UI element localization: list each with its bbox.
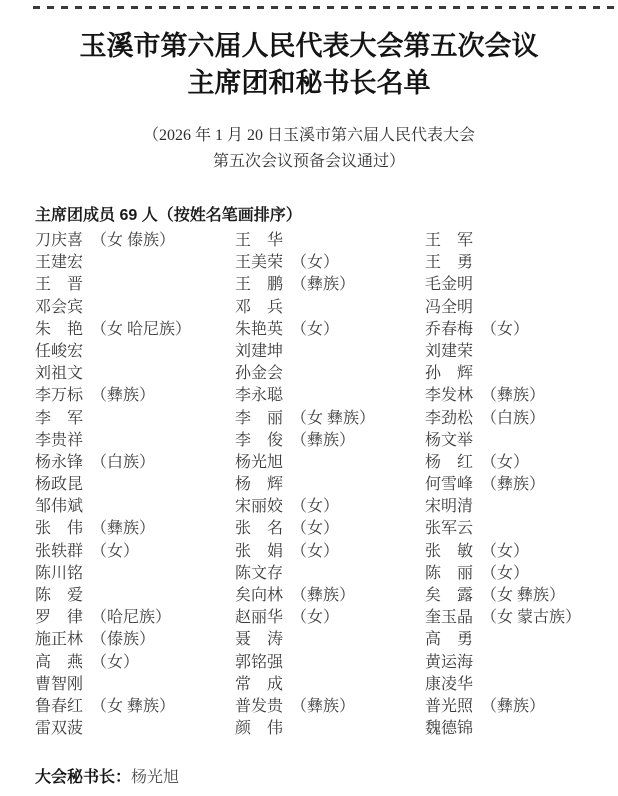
member-name: 刀庆喜 [35,230,83,252]
member-note: （彝族） [291,587,355,604]
member-entry: 宋丽姣（女） [235,496,425,518]
member-name: 张轶群 [35,541,83,563]
member-note: （白族） [91,454,155,471]
member-entry: 黄运海 [425,652,618,674]
member-entry: 李永聪 [235,385,425,407]
member-name: 刘建坤 [235,341,283,363]
member-entry: 李万标（彝族） [35,385,235,407]
member-entry: 罗 律（哈尼族） [35,607,235,629]
member-entry: 康凌华 [425,674,618,696]
member-entry: 矣 露（女 彝族） [425,585,618,607]
member-name: 郭铭强 [235,652,283,674]
member-entry: 刘祖文 [35,363,235,385]
members-column-2: 王 华王美荣（女）王 鹏（彝族）邓 兵朱艳英（女）刘建坤孙金会李永聪李 丽（女 … [235,230,425,740]
member-name: 高 勇 [425,629,473,651]
member-entry: 张 敏（女） [425,541,618,563]
member-name: 王 晋 [35,274,83,296]
member-note: （女 彝族） [291,410,375,427]
member-name: 李 丽 [235,408,283,430]
member-entry: 普发贵（彝族） [235,696,425,718]
page-top-dashed-rule [33,6,618,9]
member-entry: 施正林（傣族） [35,629,235,651]
member-note: （彝族） [481,476,545,493]
member-note: （女） [91,654,139,671]
member-name: 李 军 [35,408,83,430]
member-name: 雷双菠 [35,718,83,740]
member-entry: 何雪峰（彝族） [425,474,618,496]
member-note: （女） [291,498,339,515]
member-name: 曹智刚 [35,674,83,696]
member-name: 王 军 [425,230,473,252]
member-entry: 王 华 [235,230,425,252]
member-entry: 孙金会 [235,363,425,385]
member-name: 魏德锦 [425,718,473,740]
member-entry: 李 丽（女 彝族） [235,408,425,430]
member-name: 陈 爱 [35,585,83,607]
member-note: （女 蒙古族） [481,609,581,626]
members-list: 刀庆喜（女 傣族）王建宏王 晋邓会宾朱 艳（女 哈尼族）任峻宏刘祖文李万标（彝族… [0,230,618,740]
member-name: 王 鹏 [235,274,283,296]
member-entry: 高 燕（女） [35,652,235,674]
member-name: 王 勇 [425,252,473,274]
member-entry: 朱艳英（女） [235,319,425,341]
member-entry: 赵丽华（女） [235,607,425,629]
member-name: 邹伟斌 [35,496,83,518]
member-entry: 矣向林（彝族） [235,585,425,607]
member-name: 杨光旭 [235,452,283,474]
member-note: （哈尼族） [91,609,171,626]
member-name: 李发林 [425,385,473,407]
member-name: 普发贵 [235,696,283,718]
secretary-general-line: 大会秘书长：杨光旭 [35,767,618,789]
member-name: 刘祖文 [35,363,83,385]
member-entry: 陈 爱 [35,585,235,607]
member-name: 朱 艳 [35,319,83,341]
member-entry: 奎玉晶（女 蒙古族） [425,607,618,629]
member-entry: 杨永锋（白族） [35,452,235,474]
member-entry: 颜 伟 [235,718,425,740]
member-entry: 鲁春红（女 彝族） [35,696,235,718]
member-entry: 朱 艳（女 哈尼族） [35,319,235,341]
member-entry: 郭铭强 [235,652,425,674]
member-entry: 陈 丽（女） [425,563,618,585]
member-name: 孙金会 [235,363,283,385]
member-name: 王 华 [235,230,283,252]
member-entry: 陈文存 [235,563,425,585]
member-note: （女） [291,321,339,338]
member-note: （女） [291,609,339,626]
member-entry: 杨光旭 [235,452,425,474]
member-name: 陈川铭 [35,563,83,585]
member-name: 刘建荣 [425,341,473,363]
member-name: 李劲松 [425,408,473,430]
member-note: （女 哈尼族） [91,321,191,338]
member-name: 张 娟 [235,541,283,563]
member-entry: 邓 兵 [235,297,425,319]
member-name: 杨文举 [425,430,473,452]
member-entry: 张 伟（彝族） [35,518,235,540]
member-name: 聂 涛 [235,629,283,651]
member-name: 李贵祥 [35,430,83,452]
member-name: 张军云 [425,518,473,540]
member-note: （女 彝族） [91,698,175,715]
secretary-general-name: 杨光旭 [131,769,179,786]
member-entry: 任峻宏 [35,341,235,363]
member-note: （彝族） [91,387,155,404]
member-name: 邓会宾 [35,297,83,319]
member-name: 罗 律 [35,607,83,629]
member-entry: 陈川铭 [35,563,235,585]
member-note: （彝族） [481,698,545,715]
members-column-1: 刀庆喜（女 傣族）王建宏王 晋邓会宾朱 艳（女 哈尼族）任峻宏刘祖文李万标（彝族… [35,230,235,740]
member-entry: 刘建荣 [425,341,618,363]
member-note: （女） [91,543,139,560]
member-name: 邓 兵 [235,297,283,319]
member-note: （彝族） [91,520,155,537]
member-entry: 雷双菠 [35,718,235,740]
member-name: 矣 露 [425,585,473,607]
member-entry: 曹智刚 [35,674,235,696]
member-entry: 魏德锦 [425,718,618,740]
member-entry: 王美荣（女） [235,252,425,274]
title-line-2: 主席团和秘书长名单 [188,68,431,98]
member-name: 李万标 [35,385,83,407]
member-name: 朱艳英 [235,319,283,341]
document-page: 玉溪市第六届人民代表大会第五次会议 主席团和秘书长名单 （2026 年 1 月 … [0,6,618,796]
member-note: （女） [291,543,339,560]
member-note: （女） [481,321,529,338]
member-name: 高 燕 [35,652,83,674]
member-name: 陈文存 [235,563,283,585]
member-note: （彝族） [291,276,355,293]
member-name: 杨永锋 [35,452,83,474]
member-entry: 冯全明 [425,297,618,319]
member-entry: 李发林（彝族） [425,385,618,407]
member-name: 康凌华 [425,674,473,696]
members-column-3: 王 军王 勇毛金明冯全明乔春梅（女）刘建荣孙 辉李发林（彝族）李劲松（白族）杨文… [425,230,618,740]
member-entry: 杨政昆 [35,474,235,496]
member-name: 任峻宏 [35,341,83,363]
member-note: （白族） [481,410,545,427]
member-name: 普光照 [425,696,473,718]
document-subtitle: （2026 年 1 月 20 日玉溪市第六届人民代表大会 第五次会议预备会议通过… [0,123,618,175]
member-name: 何雪峰 [425,474,473,496]
member-entry: 张轶群（女） [35,541,235,563]
member-entry: 毛金明 [425,274,618,296]
member-entry: 王建宏 [35,252,235,274]
member-name: 颜 伟 [235,718,283,740]
member-name: 矣向林 [235,585,283,607]
member-entry: 常 成 [235,674,425,696]
member-entry: 王 鹏（彝族） [235,274,425,296]
members-section-header: 主席团成员 69 人（按姓名笔画排序） [35,202,618,225]
member-entry: 杨 红（女） [425,452,618,474]
member-name: 杨 辉 [235,474,283,496]
member-name: 张 敏 [425,541,473,563]
member-note: （女） [291,254,339,271]
member-note: （女） [481,565,529,582]
member-entry: 王 军 [425,230,618,252]
member-note: （女） [481,543,529,560]
member-note: （彝族） [481,387,545,404]
member-name: 宋明清 [425,496,473,518]
member-name: 宋丽姣 [235,496,283,518]
member-name: 杨政昆 [35,474,83,496]
member-entry: 杨文举 [425,430,618,452]
member-entry: 张军云 [425,518,618,540]
member-entry: 邹伟斌 [35,496,235,518]
member-name: 王美荣 [235,252,283,274]
member-name: 张 名 [235,518,283,540]
member-entry: 张 名（女） [235,518,425,540]
member-entry: 乔春梅（女） [425,319,618,341]
member-note: （女 傣族） [91,232,175,249]
member-name: 赵丽华 [235,607,283,629]
member-entry: 孙 辉 [425,363,618,385]
member-entry: 王 勇 [425,252,618,274]
member-name: 乔春梅 [425,319,473,341]
member-entry: 李 俊（彝族） [235,430,425,452]
member-note: （彝族） [291,698,355,715]
member-entry: 李劲松（白族） [425,408,618,430]
member-name: 毛金明 [425,274,473,296]
title-line-1: 玉溪市第六届人民代表大会第五次会议 [80,31,539,61]
member-entry: 邓会宾 [35,297,235,319]
member-entry: 王 晋 [35,274,235,296]
member-entry: 李 军 [35,408,235,430]
member-name: 张 伟 [35,518,83,540]
member-note: （女 彝族） [481,587,565,604]
member-note: （彝族） [291,432,355,449]
member-entry: 李贵祥 [35,430,235,452]
member-note: （女） [291,520,339,537]
member-entry: 普光照（彝族） [425,696,618,718]
member-name: 李永聪 [235,385,283,407]
member-name: 常 成 [235,674,283,696]
member-entry: 高 勇 [425,629,618,651]
member-name: 李 俊 [235,430,283,452]
member-name: 施正林 [35,629,83,651]
member-name: 黄运海 [425,652,473,674]
member-name: 王建宏 [35,252,83,274]
member-entry: 刘建坤 [235,341,425,363]
member-note: （女） [481,454,529,471]
subtitle-line-2: 第五次会议预备会议通过） [0,149,618,175]
member-name: 鲁春红 [35,696,83,718]
member-name: 冯全明 [425,297,473,319]
secretary-general-label: 大会秘书长： [35,769,131,786]
member-name: 奎玉晶 [425,607,473,629]
member-note: （傣族） [91,631,155,648]
member-entry: 杨 辉 [235,474,425,496]
member-entry: 聂 涛 [235,629,425,651]
member-entry: 刀庆喜（女 傣族） [35,230,235,252]
document-title: 玉溪市第六届人民代表大会第五次会议 主席团和秘书长名单 [10,28,608,102]
subtitle-line-1: （2026 年 1 月 20 日玉溪市第六届人民代表大会 [0,123,618,149]
member-name: 陈 丽 [425,563,473,585]
member-entry: 宋明清 [425,496,618,518]
member-entry: 张 娟（女） [235,541,425,563]
member-name: 孙 辉 [425,363,473,385]
member-name: 杨 红 [425,452,473,474]
